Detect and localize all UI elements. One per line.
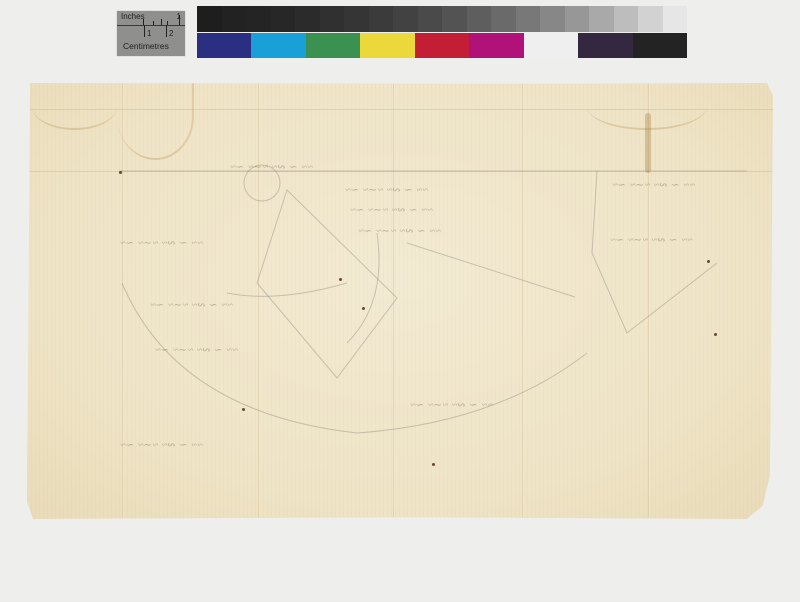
grayscale-patch [320,6,345,32]
grayscale-patch [418,6,443,32]
color-patch-dark-purple [578,33,632,58]
ruler-tick [161,19,162,25]
ink-speck [339,278,342,281]
ink-speck [707,260,710,263]
grayscale-patch [491,6,516,32]
manuscript-page: ~~ ∼ ∾~ ~∽~ ∼~~~ ∼ ∾~ ~∽~ ∼~~~ ∼ ∾~ ~∽~ … [27,83,773,519]
ink-speck [119,171,122,174]
bleed-through-ink-line: ~~ ∼ ∾~ ~∽~ ∼~ [155,345,238,356]
ink-speck [714,333,717,336]
pencil-sketch-diagram [27,83,773,519]
grayscale-patch [638,6,663,32]
bleed-through-ink-line: ~~ ∼ ∾~ ~∽~ ∼~ [358,226,441,237]
bleed-through-ink-line: ~~ ∼ ∾~ ~∽~ ∼~ [120,440,203,451]
ruler-tick [144,25,145,37]
inches-label: Inches [121,12,145,21]
color-patch-red [415,33,469,58]
grayscale-patch [393,6,418,32]
color-patch-white [524,33,578,58]
grayscale-patch [467,6,492,32]
color-calibration-strip [197,33,687,58]
grayscale-patch [614,6,639,32]
color-patch-green [306,33,360,58]
ruler-tick [166,25,167,37]
bleed-through-ink-line: ~~ ∼ ∾~ ~∽~ ∼~ [150,300,233,311]
color-patch-blue [197,33,251,58]
grayscale-patch [516,6,541,32]
grayscale-patch [369,6,394,32]
color-patch-magenta [469,33,523,58]
ruler-tick [153,21,154,25]
grayscale-patch [271,6,296,32]
grayscale-patch [197,6,222,32]
measurement-ruler: Inches 1 1 2 Centimetres [117,11,185,56]
bleed-through-ink-line: ~~ ∼ ∾~ ~∽~ ∼~ [612,180,695,191]
bleed-through-ink-line: ~~ ∼ ∾~ ~∽~ ∼~ [610,235,693,246]
ink-speck [242,408,245,411]
cm-tick-label: 2 [169,29,173,38]
color-patch-cyan [251,33,305,58]
grayscale-patch [589,6,614,32]
ink-speck [362,307,365,310]
grayscale-patch [565,6,590,32]
cm-tick-label: 1 [147,29,151,38]
grayscale-patch [663,6,688,32]
bleed-through-ink-line: ~~ ∼ ∾~ ~∽~ ∼~ [230,162,313,173]
grayscale-patch [344,6,369,32]
grayscale-patch [246,6,271,32]
ruler-tick [167,21,168,25]
color-patch-black [633,33,687,58]
centimetres-label: Centimetres [123,41,169,51]
bleed-through-ink-line: ~~ ∼ ∾~ ~∽~ ∼~ [345,185,428,196]
bleed-through-ink-line: ~~ ∼ ∾~ ~∽~ ∼~ [120,238,203,249]
grayscale-patch [222,6,247,32]
color-patch-yellow [360,33,414,58]
grayscale-patch [540,6,565,32]
ink-speck [432,463,435,466]
grayscale-patch [442,6,467,32]
bleed-through-ink-line: ~~ ∼ ∾~ ~∽~ ∼~ [410,400,493,411]
bleed-through-ink-line: ~~ ∼ ∾~ ~∽~ ∼~ [350,205,433,216]
grayscale-calibration-strip [197,6,687,32]
ink-speck [152,558,155,561]
ruler-tick [179,15,180,25]
grayscale-patch [295,6,320,32]
